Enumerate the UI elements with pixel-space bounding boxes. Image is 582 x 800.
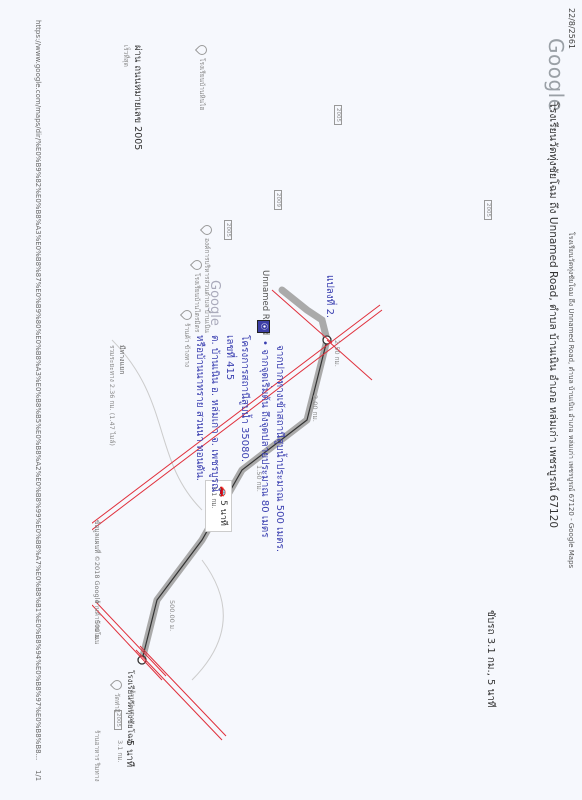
poi-label[interactable]: ร้านปะยาง [127,690,137,720]
poi-label[interactable]: วัดท่าอิ [112,680,122,713]
distance-marker: 2.50 กม. [332,340,342,367]
map-pin-icon [110,678,124,692]
road-shield: 2005 [334,105,342,125]
map-pin-icon [195,43,209,57]
handwritten-line: • จากจุดเริ่มต้น ถึงจุดปลายประมาณ 80 เมต… [257,340,272,538]
road-shield: 2005 [224,220,232,240]
handwritten-line: เลขที่ 415 [222,335,237,380]
road-shield: 2009 [274,190,282,210]
handwritten-line: ต. บ้านเนิน อ. หล่มเก่า จ. เพชรบูรณ์ [207,335,222,492]
map-pin-icon [190,258,204,272]
distance-marker: 500.00 ม. [167,600,177,631]
road-shield: 2005 [114,710,122,730]
poi-label[interactable]: ร้านอาหาร ริมทาง [92,730,102,782]
handwritten-plot-note: แปลงที่ 2. [322,275,337,318]
print-date: 22/8/2561 [567,8,576,49]
footer-url: https://www.google.com/maps/dir/%E0%B9%8… [34,20,42,760]
scanned-document: 22/8/2561 โรงเรียนวัดทุ่งชัยโฉม ถึง Unna… [0,0,582,800]
map-pin-icon [200,223,214,237]
print-page-title: โรงเรียนวัดทุ่งชัยโฉม ถึง Unnamed Road, … [565,232,576,568]
printed-map-page: 22/8/2561 โรงเรียนวัดทุ่งชัยโฉม ถึง Unna… [0,0,582,800]
poi-label[interactable]: โรงเรียนบ้านไตรมิตร [192,260,202,332]
distance-marker: 2.00 กม. [310,395,320,422]
route-title: โรงเรียนวัดทุ่งชัยโฉม ถึง Unnamed Road, … [545,102,562,528]
map-copyright: ข้อมูลแผนที่ ©2018 Google [92,520,102,603]
google-logo: Google [544,38,568,112]
bottom-distance: 3.1 กม. [115,740,125,763]
footer-page-number: 1/1 [34,770,42,781]
destination-marker-icon[interactable]: ⦿ [257,320,270,333]
handwritten-line: โครงการสถานีสูบน้ำ 35080. [237,335,252,462]
handwritten-line: จากปากทางเข้าสถานีสูบน้ำประมาณ 500 เมตร. [272,345,287,552]
road-shield: 2005 [484,200,492,220]
poi-label[interactable]: ร้านค้า ข้างทาง [182,310,192,367]
poi-label[interactable]: โรงเรียนบ้านหินไฮ [197,45,207,110]
map-pin-icon [180,308,194,322]
handwritten-line: หรือบ้านนาทราย สวนนา ทอนดัน. [192,335,207,481]
route-fastest: เร็วที่สุด [121,45,131,67]
route-via[interactable]: ผ่าน ถนนหมายเลข 2005 [130,45,145,150]
step-title: มีทางแยก [116,345,127,374]
map-area[interactable]: 🚗 5 นาที 3.1 กม. 2.50 กม. 2.00 กม. 1.50 … [92,40,532,760]
step-distance: รวมระยะทาง 2.36 กม. (1.47 ไมล์) [107,345,117,446]
poi-label[interactable]: องค์การบริหารส่วนตำบล บ้านเนิน [202,225,212,333]
map-scale: 500 ม. [92,620,102,641]
